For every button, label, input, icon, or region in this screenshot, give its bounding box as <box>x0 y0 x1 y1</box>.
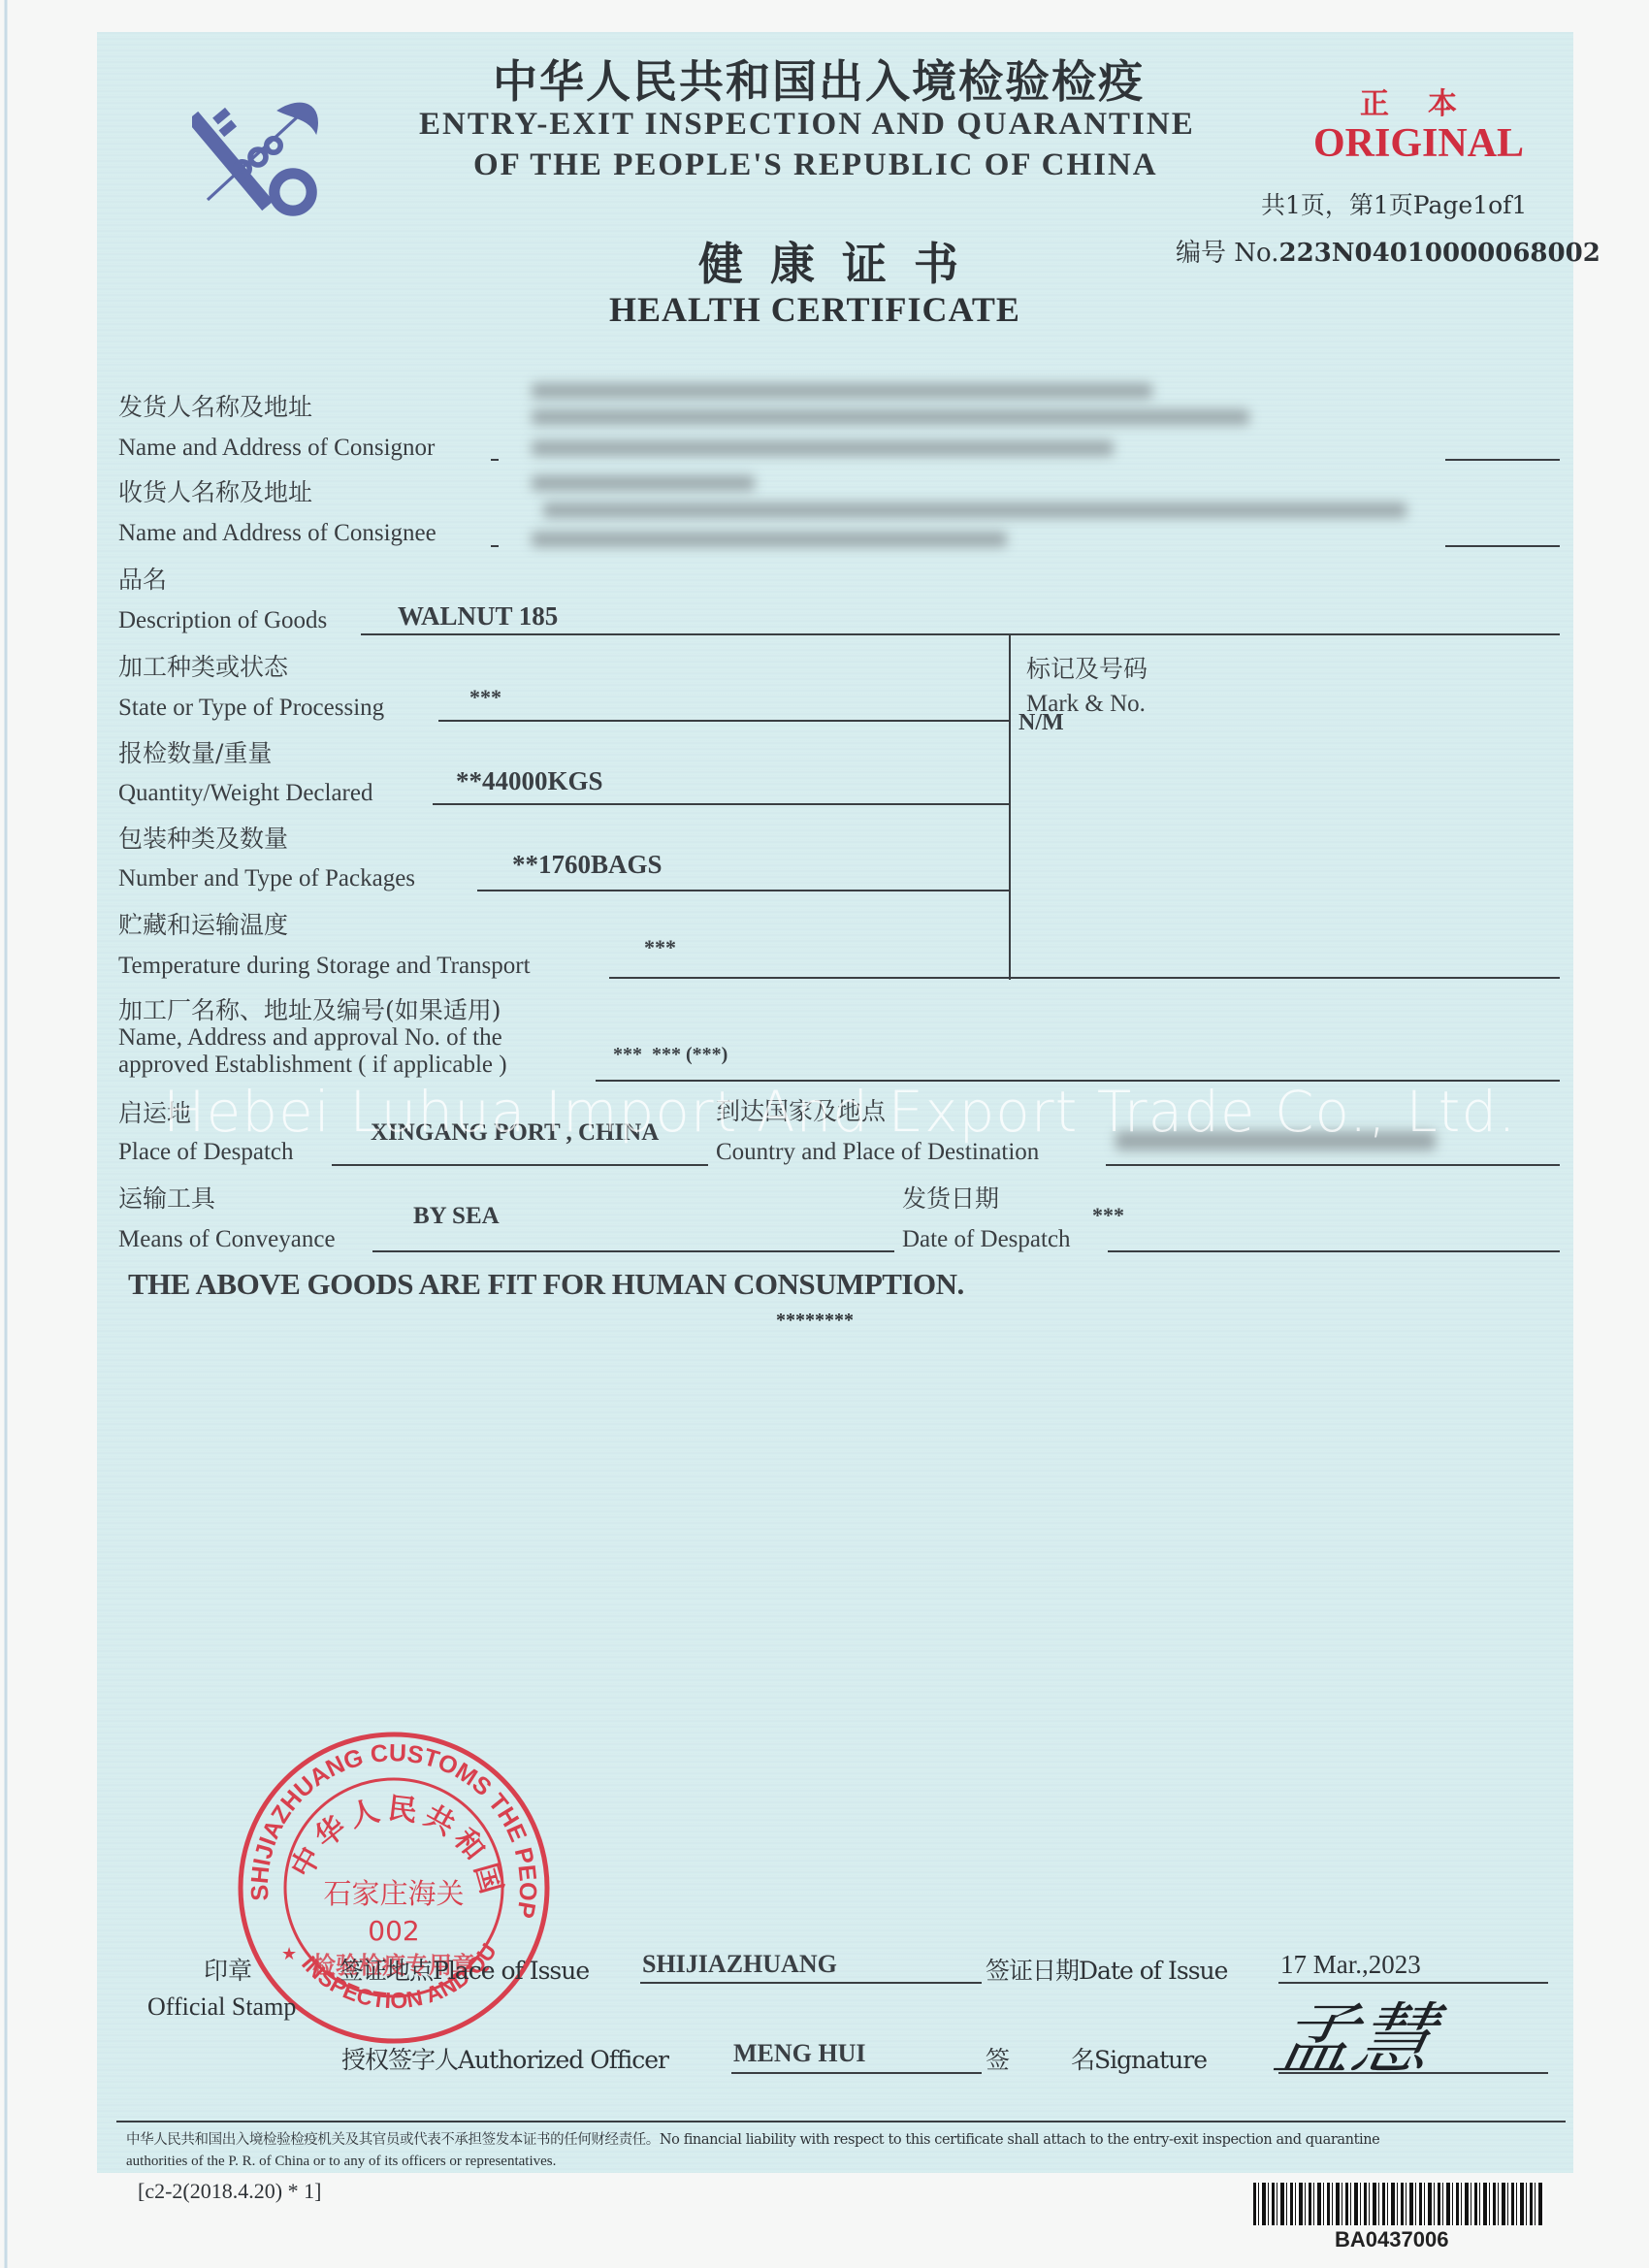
consignor-underline-start <box>491 459 499 461</box>
goods-underline <box>361 633 1560 635</box>
key-caduceus-emblem-icon <box>192 85 347 221</box>
despatch-date-value: *** <box>1092 1203 1124 1228</box>
processing-value: *** <box>469 685 501 710</box>
packages-label-zh: 包装种类及数量 <box>118 820 288 855</box>
quantity-underline <box>433 803 1009 805</box>
establishment-label-en-line1: Name, Address and approval No. of the <box>118 1024 502 1052</box>
date-of-issue-value: 17 Mar.,2023 <box>1280 1950 1421 1980</box>
authorized-officer-underline <box>731 2072 982 2074</box>
packages-underline <box>477 890 1009 891</box>
barcode-number: BA0437006 <box>1335 2227 1448 2252</box>
authority-name-zh: 中华人民共和国出入境检验检疫 <box>493 47 1145 111</box>
consignee-redacted-line3 <box>532 532 1007 547</box>
temperature-label-en: Temperature during Storage and Transport <box>118 953 531 980</box>
document-title-en: HEALTH CERTIFICATE <box>609 289 1020 330</box>
marks-column-divider <box>1009 635 1011 980</box>
company-watermark: Hebei Luhua Import And Export Trade Co.,… <box>163 1079 1517 1145</box>
conveyance-label-zh: 运输工具 <box>118 1180 215 1215</box>
destination-underline <box>1106 1164 1560 1166</box>
footer-rule <box>116 2121 1566 2122</box>
certificate-number-value: 223N04010000068002 <box>1278 239 1600 268</box>
temperature-value: *** <box>644 935 676 960</box>
consignor-label-en: Name and Address of Consignor <box>118 435 435 462</box>
place-of-issue-underline <box>640 1982 982 1984</box>
consignor-label-zh: 发货人名称及地址 <box>118 388 312 423</box>
authorized-officer-value: MENG HUI <box>733 2039 866 2068</box>
signature-label-zh: 签 <box>986 2041 1010 2076</box>
signature-label: 名Signature <box>1071 2041 1207 2076</box>
consignee-label-en: Name and Address of Consignee <box>118 520 436 547</box>
consignee-underline-end <box>1445 545 1560 547</box>
quantity-value: **44000KGS <box>456 766 603 796</box>
quantity-label-zh: 报检数量/重量 <box>118 734 272 769</box>
marks-label-zh: 标记及号码 <box>1026 650 1148 685</box>
stamp-number: 002 <box>368 1915 419 1947</box>
establishment-value: *** *** (***) <box>613 1044 727 1066</box>
temperature-underline <box>609 977 1560 979</box>
consignee-label-zh: 收货人名称及地址 <box>118 473 312 508</box>
original-label-en: ORIGINAL <box>1313 120 1524 167</box>
conveyance-underline <box>372 1250 894 1252</box>
consignor-redacted-line2 <box>532 409 1249 425</box>
goods-value: WALNUT 185 <box>398 601 558 632</box>
certificate-number-label: 编号 No. <box>1176 239 1278 268</box>
statement-end-stars: ******** <box>776 1310 854 1332</box>
consignor-underline-end <box>1445 459 1560 461</box>
goods-label-zh: 品名 <box>118 561 167 596</box>
conveyance-value: BY SEA <box>413 1203 500 1230</box>
date-of-issue-label: 签证日期Date of Issue <box>986 1952 1227 1987</box>
stamp-label-en: Official Stamp <box>147 1993 296 2022</box>
form-code: [c2-2(2018.4.20) * 1] <box>138 2179 321 2204</box>
consignee-redacted-line2 <box>543 502 1406 518</box>
establishment-label-en-line2: approved Establishment ( if applicable ) <box>118 1052 507 1079</box>
despatch-date-label-zh: 发货日期 <box>902 1180 999 1215</box>
processing-label-en: State or Type of Processing <box>118 695 384 722</box>
marks-value: N/M <box>1018 710 1064 736</box>
authorized-officer-label: 授权签字人Authorized Officer <box>341 2041 668 2076</box>
consignor-redacted-line1 <box>532 383 1152 399</box>
page-info: 共1页，第1页Page1of1 <box>1261 186 1527 221</box>
despatch-place-underline <box>332 1164 708 1166</box>
consignee-underline-start <box>491 545 499 547</box>
place-of-issue-value: SHIJIAZHUANG <box>642 1950 837 1979</box>
processing-underline <box>438 720 1009 722</box>
handwritten-signature: 孟慧 <box>1267 1977 1445 2089</box>
stamp-center-text: 石家庄海关 <box>323 1877 464 1910</box>
consignor-redacted-line3 <box>532 440 1114 456</box>
despatch-date-underline <box>1108 1250 1560 1252</box>
original-label-zh: 正本 <box>1360 80 1496 122</box>
temperature-label-zh: 贮藏和运输温度 <box>118 906 288 941</box>
place-of-issue-label: 签证地点Place of Issue <box>339 1952 589 1987</box>
liability-disclaimer-line2: authorities of the P. R. of China or to … <box>126 2154 556 2170</box>
authority-name-en-line1: ENTRY-EXIT INSPECTION AND QUARANTINE <box>419 107 1195 143</box>
packages-label-en: Number and Type of Packages <box>118 865 415 892</box>
stamp-star-icon: ★ <box>281 1944 297 1963</box>
quantity-label-en: Quantity/Weight Declared <box>118 780 372 807</box>
goods-label-en: Description of Goods <box>118 607 327 634</box>
processing-label-zh: 加工种类或状态 <box>118 648 288 683</box>
stamp-label-zh: 印章 <box>204 1952 252 1987</box>
authority-name-en-line2: OF THE PEOPLE'S REPUBLIC OF CHINA <box>473 147 1158 183</box>
despatch-date-label-en: Date of Despatch <box>902 1226 1071 1253</box>
establishment-label-zh: 加工厂名称、地址及编号(如果适用) <box>118 991 501 1026</box>
liability-disclaimer-line1: 中华人民共和国出入境检验检疫机关及其官员或代表不承担签发本证书的任何财经责任。N… <box>126 2128 1379 2149</box>
consignee-redacted-line1 <box>532 475 755 491</box>
barcode-icon <box>1253 2183 1544 2225</box>
packages-value: **1760BAGS <box>512 850 663 880</box>
fitness-statement: THE ABOVE GOODS ARE FIT FOR HUMAN CONSUM… <box>128 1267 964 1302</box>
document-title-zh: 健 康 证 书 <box>698 229 964 293</box>
scan-edge <box>0 0 10 2268</box>
certificate-number: 编号 No.223N04010000068002 <box>1176 233 1600 269</box>
conveyance-label-en: Means of Conveyance <box>118 1226 336 1253</box>
